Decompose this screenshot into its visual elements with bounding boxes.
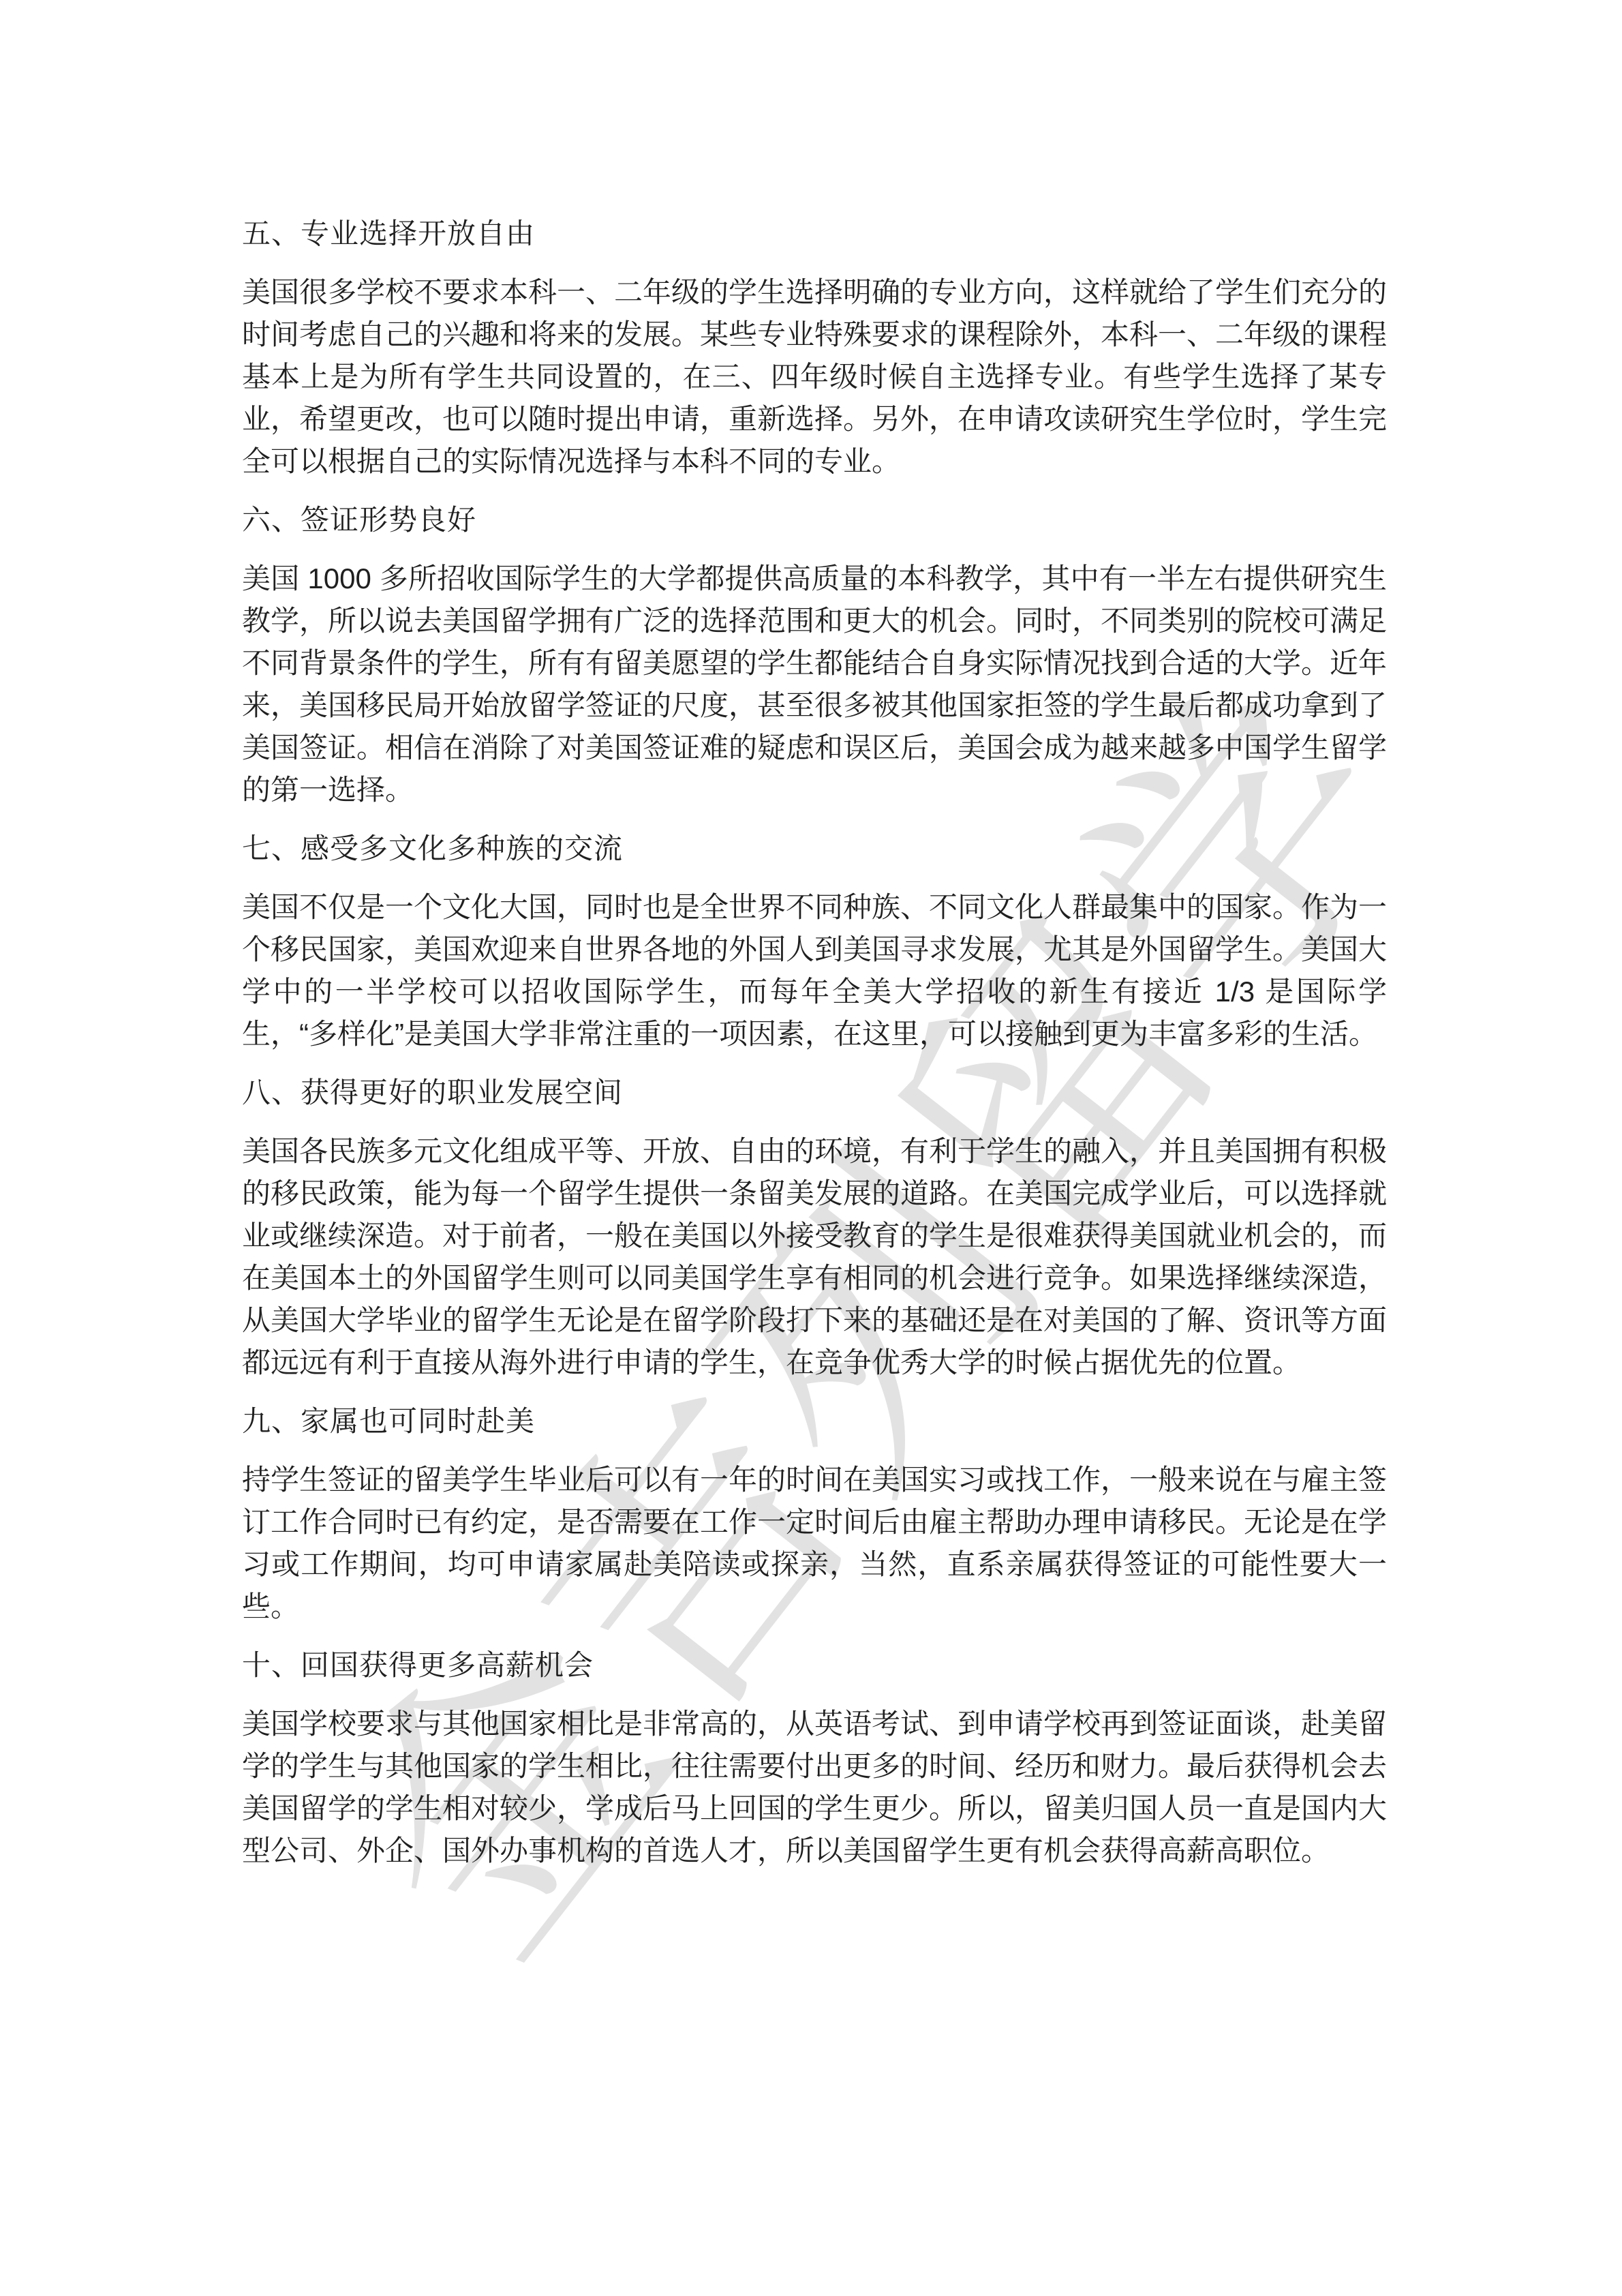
section-heading: 十、回国获得更多高薪机会: [242, 1644, 1387, 1687]
section-paragraph: 美国学校要求与其他国家相比是非常高的，从英语考试、到申请学校再到签证面谈，赴美留…: [242, 1703, 1387, 1872]
section-paragraph: 持学生签证的留美学生毕业后可以有一年的时间在美国实习或找工作，一般来说在与雇主签…: [242, 1459, 1387, 1628]
section-heading: 九、家属也可同时赴美: [242, 1400, 1387, 1442]
section-heading: 六、签证形势良好: [242, 499, 1387, 541]
document-content: 五、专业选择开放自由 美国很多学校不要求本科一、二年级的学生选择明确的专业方向，…: [0, 0, 1622, 1872]
section-paragraph: 美国很多学校不要求本科一、二年级的学生选择明确的专业方向，这样就给了学生们充分的…: [242, 271, 1387, 483]
section-heading: 八、获得更好的职业发展空间: [242, 1072, 1387, 1114]
section-paragraph: 美国 1000 多所招收国际学生的大学都提供高质量的本科教学，其中有一半左右提供…: [242, 558, 1387, 811]
section-heading: 七、感受多文化多种族的交流: [242, 828, 1387, 870]
section-paragraph: 美国不仅是一个文化大国，同时也是全世界不同种族、不同文化人群最集中的国家。作为一…: [242, 886, 1387, 1055]
section-heading: 五、专业选择开放自由: [242, 213, 1387, 255]
section-paragraph: 美国各民族多元文化组成平等、开放、自由的环境，有利于学生的融入，并且美国拥有积极…: [242, 1130, 1387, 1384]
document-page: 金吉列留学 五、专业选择开放自由 美国很多学校不要求本科一、二年级的学生选择明确…: [0, 0, 1622, 2296]
